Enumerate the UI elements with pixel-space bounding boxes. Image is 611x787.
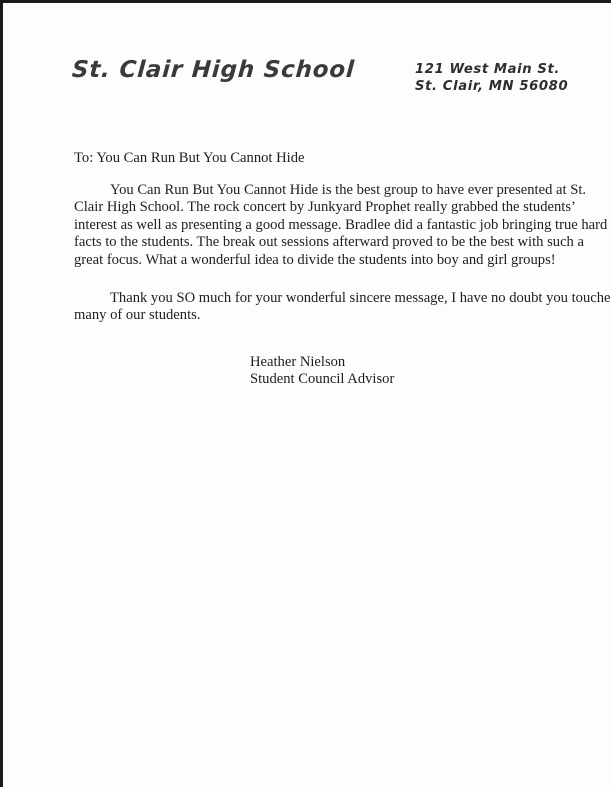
signer-title: Student Council Advisor (250, 371, 394, 388)
paragraph-line: facts to the students. The break out ses… (74, 234, 557, 251)
paragraph-line: Clair High School. The rock concert by J… (74, 199, 557, 216)
paragraph-line: many of our students. (74, 307, 557, 324)
scan-border-top (0, 0, 611, 3)
letter-recipient: To: You Can Run But You Cannot Hide (74, 150, 305, 167)
scan-border-left (0, 0, 3, 787)
letter-paragraph-1: You Can Run But You Cannot Hide is the b… (74, 182, 557, 269)
letter-paragraph-2: Thank you SO much for your wonderful sin… (74, 290, 557, 325)
address-street: 121 West Main St. (415, 61, 568, 78)
signer-name: Heather Nielson (250, 354, 394, 371)
address-city-state-zip: St. Clair, MN 56080 (415, 78, 568, 95)
paragraph-line: interest as well as presenting a good me… (74, 217, 557, 234)
letterhead-school-name: St. Clair High School (71, 57, 355, 83)
paragraph-line: You Can Run But You Cannot Hide is the b… (74, 182, 557, 199)
letterhead-address: 121 West Main St. St. Clair, MN 56080 (415, 61, 568, 95)
signature-block: Heather Nielson Student Council Advisor (250, 354, 394, 388)
paragraph-line: great focus. What a wonderful idea to di… (74, 252, 557, 269)
paragraph-line: Thank you SO much for your wonderful sin… (74, 290, 557, 307)
